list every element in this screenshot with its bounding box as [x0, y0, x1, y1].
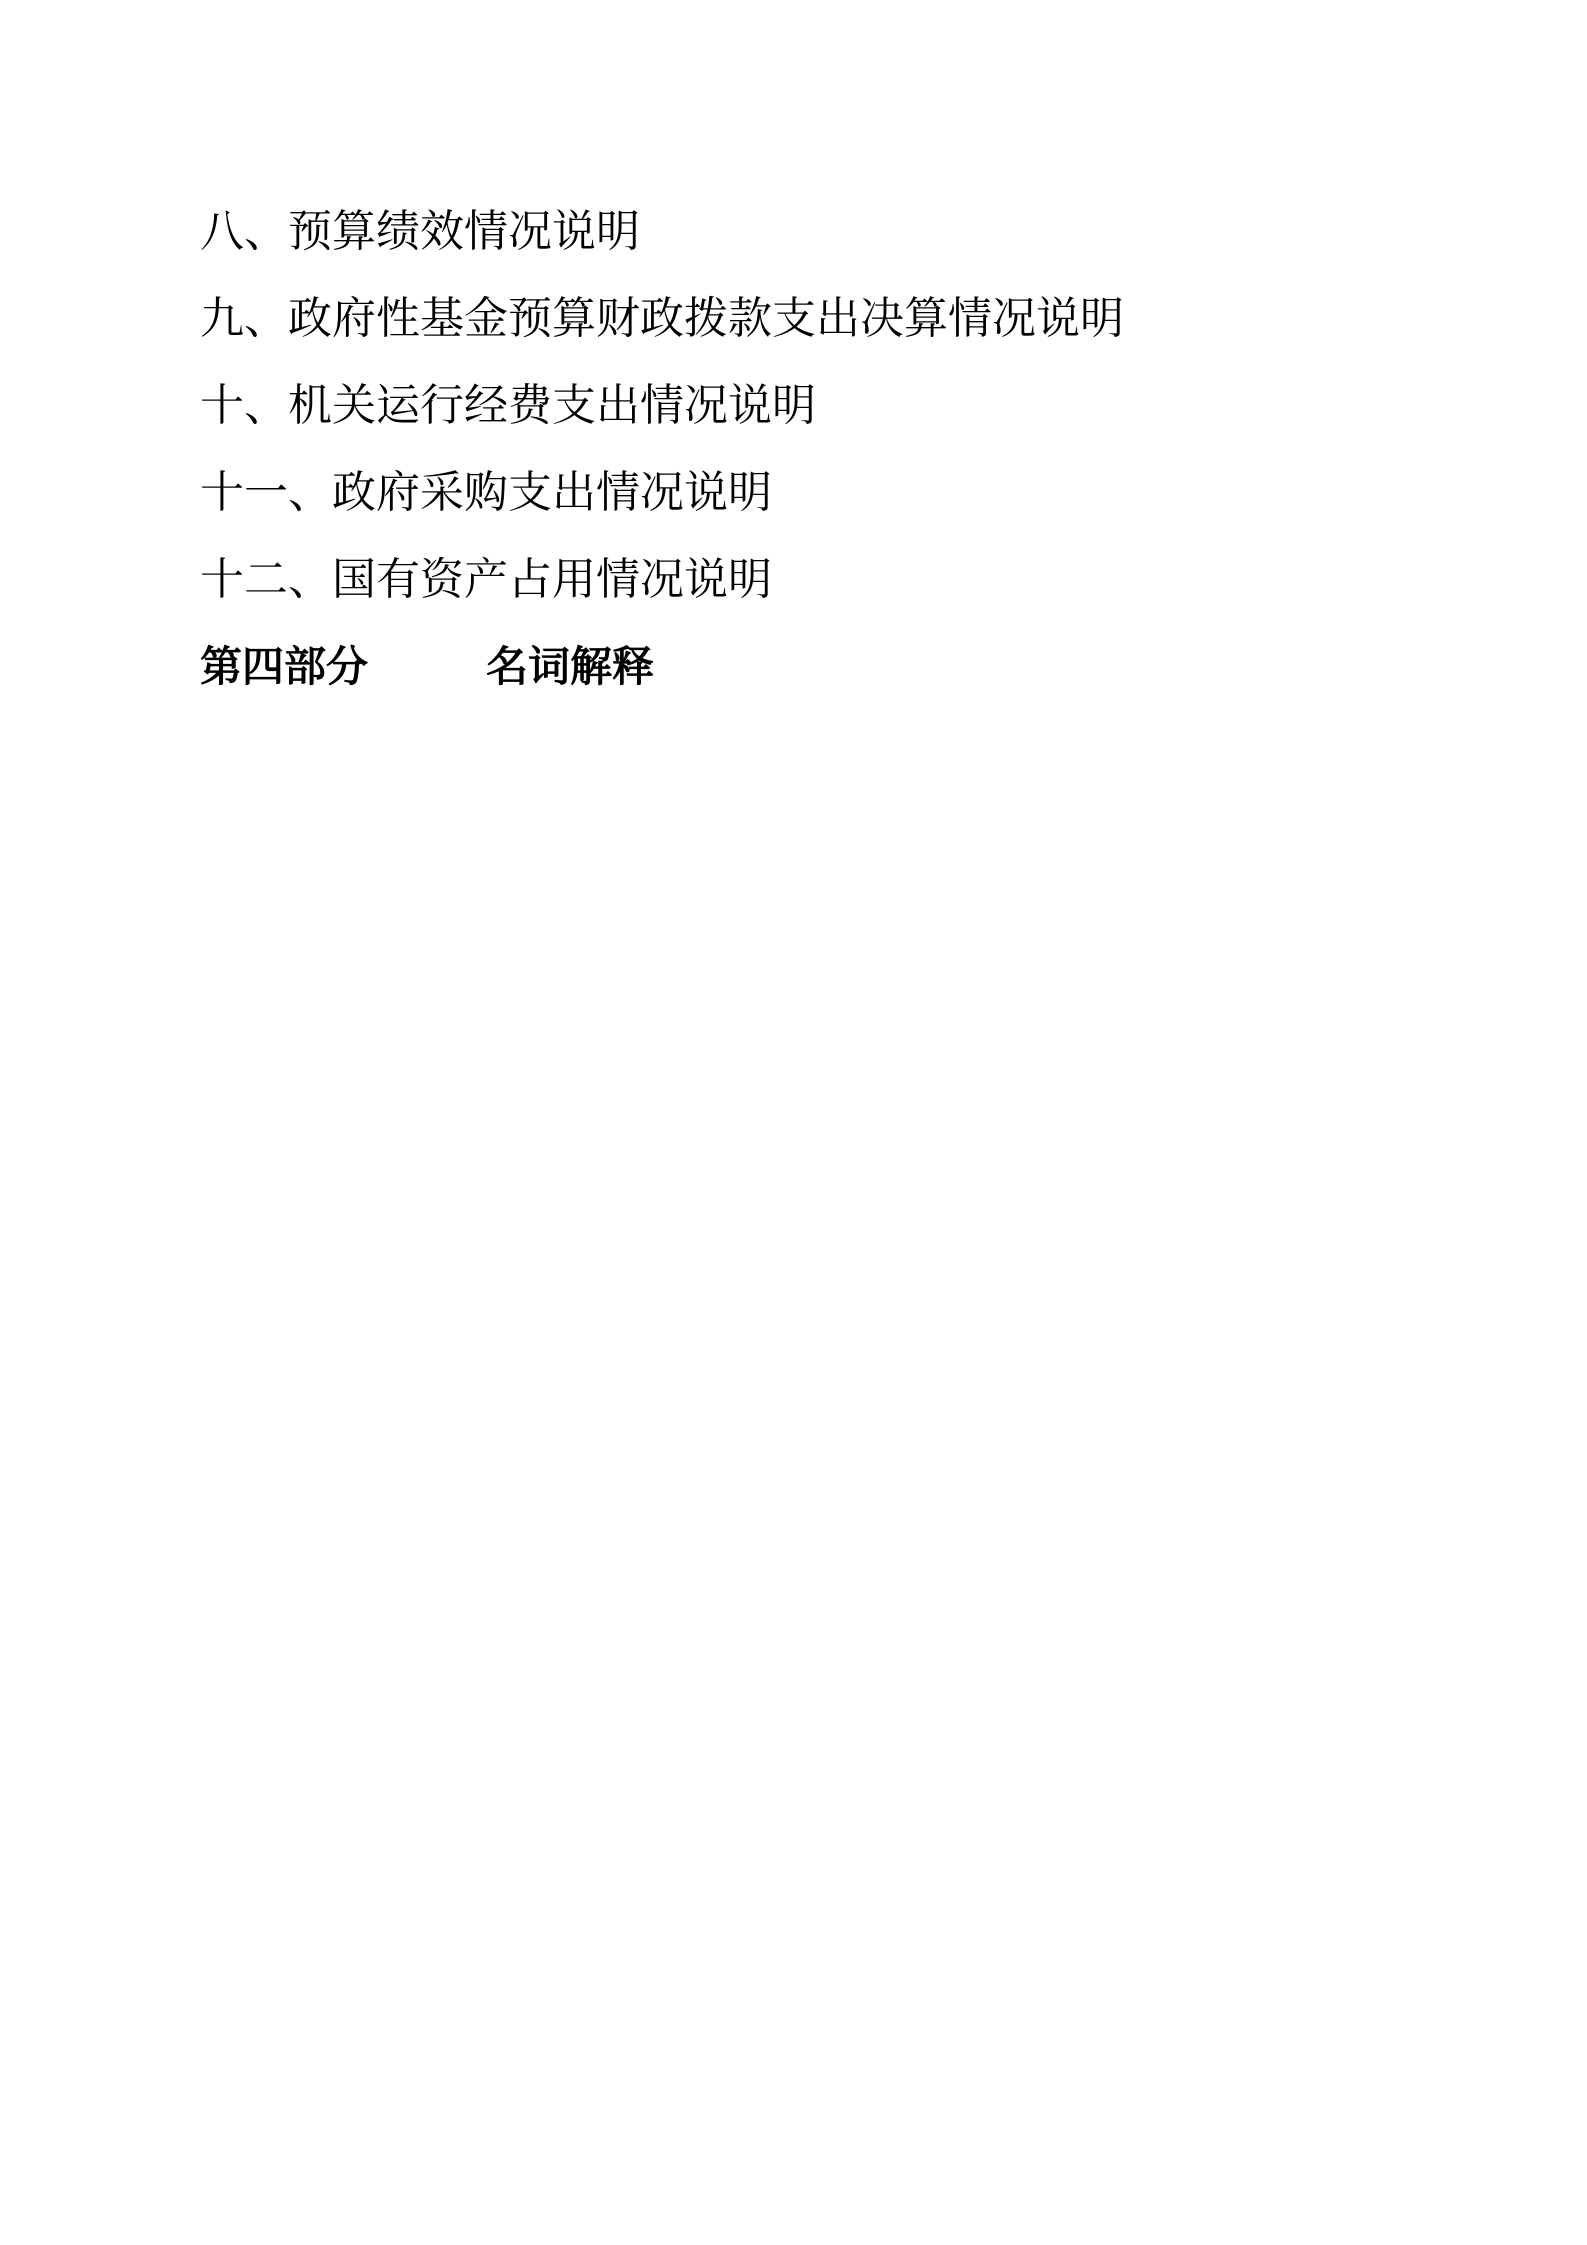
section-part-title: 名词解释	[486, 623, 654, 710]
toc-item-10: 十、机关运行经费支出情况说明	[200, 362, 1467, 449]
toc-content: 八、预算绩效情况说明 九、政府性基金预算财政拨款支出决算情况说明 十、机关运行经…	[200, 188, 1467, 710]
toc-item-9: 九、政府性基金预算财政拨款支出决算情况说明	[200, 275, 1467, 362]
section-part-label: 第四部分	[200, 623, 368, 710]
section-heading-part4: 第四部分 名词解释	[200, 623, 1467, 710]
toc-item-8: 八、预算绩效情况说明	[200, 188, 1467, 275]
toc-item-12: 十二、国有资产占用情况说明	[200, 536, 1467, 623]
toc-item-11: 十一、政府采购支出情况说明	[200, 449, 1467, 536]
document-page: 八、预算绩效情况说明 九、政府性基金预算财政拨款支出决算情况说明 十、机关运行经…	[0, 0, 1587, 2245]
